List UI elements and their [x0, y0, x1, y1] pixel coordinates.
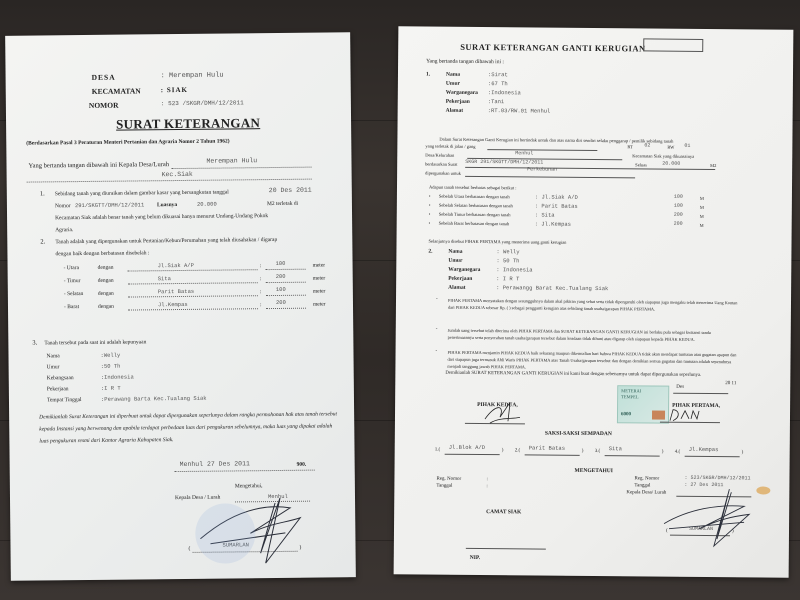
rt-value: 02 [644, 142, 650, 148]
nip-label: NIP. [470, 555, 480, 561]
lurah-signer-name: SUMARLAN [689, 526, 713, 532]
border-side: - Barat [64, 304, 79, 310]
border-length: 100 [674, 194, 683, 200]
owner-field-value: :Indonesia [101, 373, 134, 380]
stamp-value: 6000 [621, 412, 631, 417]
legal-basis: (Berdasarkan Pasal 3 Peraturan Menteri P… [26, 138, 229, 146]
lurah-reg-value: : 523/SKGR/DMH/12/2011 [684, 475, 750, 482]
owner-field-value: :Perawang Barta Kec.Tualang Siak [101, 395, 207, 403]
owner-field-value: :I R T [101, 385, 121, 392]
border-unit: M [700, 214, 704, 219]
intro-label: Yang bertanda tangan dibawah ini Kepala … [28, 161, 169, 169]
clause-bullet: - [436, 297, 438, 302]
border-side: - Timur [64, 278, 81, 284]
witness-value: Jl.Blok A/D [449, 444, 485, 451]
border-unit: meter [313, 262, 326, 268]
signature-paren-open: ( [189, 546, 191, 552]
border-length: 100 [276, 260, 286, 267]
border-bullet: • [429, 194, 431, 199]
party-1-field-label: Alamat [446, 108, 463, 114]
border-value: Parit Batas [158, 288, 194, 295]
border-with: dengan [98, 278, 114, 284]
usage-value: Perkebunan [527, 166, 557, 172]
kepala-desa-label: Kepala Desa / Lurah [175, 495, 220, 501]
revenue-stamp: METERAI TEMPEL 6000 [617, 385, 669, 423]
nomor-label: NOMOR [89, 101, 119, 110]
owner-field-value: :50 Th [101, 363, 121, 370]
witnesses-title: SAKSI-SAKSI SEMPADAN [545, 431, 612, 438]
surat-keterangan-document: DESA : Merempan Hulu KECAMATAN : SIAK NO… [5, 32, 356, 581]
party-2-field-value: : Indonesia [496, 266, 532, 273]
clause-bullet: - [436, 349, 438, 354]
usage-label: dipergunakan untuk [425, 171, 461, 176]
border-colon: : [260, 263, 262, 269]
clause-bullet: - [436, 327, 438, 332]
owner-field-label: Pekerjaan [47, 386, 69, 392]
item-3-text: Tanah tersebut pada saat ini adalah kepu… [44, 339, 146, 346]
rw-label: RW [667, 145, 674, 150]
party-2-field-label: Alamat [448, 285, 465, 291]
border-with: dengan [98, 291, 114, 297]
border-unit: meter [313, 275, 326, 281]
border-value: Sita [158, 275, 171, 282]
party-1-field-label: Warganegara [446, 90, 478, 96]
border-length: 200 [674, 221, 683, 227]
border-length: 200 [276, 299, 286, 306]
witness-value: Sita [609, 445, 622, 452]
rt-label: RT [627, 144, 633, 149]
party-1-field-label: Nama [446, 72, 460, 78]
owner-field-label: Tempat Tinggal [47, 397, 82, 403]
stamp-text: METERAI [621, 388, 641, 393]
item-1-nomor-label: Nomor [55, 203, 71, 209]
border-length: 200 [674, 212, 683, 218]
party-1-field-value: :RT.03/RW.01 Menhul [488, 107, 551, 115]
border-length: 100 [674, 203, 683, 209]
party-2-field-value: : Perawangg Barat Kec.Tualang Siak [496, 284, 608, 292]
lurah-tanggal-value: : 27 Des 2011 [684, 482, 723, 488]
clause-text: Jumlah uang tersebut telah diterima oleh… [448, 327, 738, 344]
surat-keterangan-ganti-kerugian-document: SURAT KETERANGAN GANTI KERUGIAN Yang ber… [394, 26, 794, 577]
item-1-luas-label: Luasnya [157, 202, 177, 208]
owner-field-value: :Welly [100, 352, 120, 359]
border-with: dengan [98, 265, 114, 271]
party-2-field-label: Nama [448, 249, 462, 255]
border-line [128, 276, 258, 284]
border-label: Sebelah Selatan berbatasan dengan tanah [439, 203, 513, 209]
party-2-field-value: : 50 Th [496, 257, 519, 264]
camat-reg-label: Reg. Nomor [436, 477, 461, 482]
stain-mark [756, 486, 770, 494]
border-line [128, 302, 258, 310]
border-value: : Jl.Kempas [535, 220, 571, 227]
party-1-number: 1. [426, 72, 430, 78]
border-unit: M [700, 196, 704, 201]
party-2-intro: Selanjutnya disebut PIHAK PERTAMA yang m… [429, 239, 567, 245]
border-bullet: • [429, 221, 431, 226]
witness-close: ) [582, 449, 584, 454]
border-value: : Parit Batas [535, 202, 578, 209]
item-1-text-d: Agraria. [55, 227, 73, 233]
border-length: 200 [276, 273, 286, 280]
signer-paren-close: ) [732, 529, 734, 534]
item-1-number: 1. [40, 190, 45, 197]
camat-reg-value: : [486, 477, 487, 482]
owner-field-label: Kebangsaan [47, 375, 74, 381]
location-label: yang terletak di jalan / gang [425, 144, 475, 149]
border-value: : Sita [535, 211, 555, 218]
border-colon: : [260, 302, 262, 308]
item-2-number: 2. [40, 238, 45, 245]
signature-paren-close: ) [300, 545, 302, 551]
desa-value: : Merempan Hulu [161, 72, 224, 81]
kecamatan-label: Kecamatan Siak yang dikuasainya [632, 153, 694, 159]
border-unit: meter [313, 301, 326, 307]
item-1-location: M2 terletak di [267, 201, 298, 207]
party-1-field-value: :Indonesia [488, 89, 521, 96]
intro-text: Yang bertanda tangan dibawah ini : [426, 59, 504, 66]
kepala-desa-value: Menhul [268, 493, 288, 500]
border-length-line [266, 276, 306, 283]
intro-value-district: Kec.Siak [162, 171, 193, 178]
desa-label: Desa/Kelurahan [425, 153, 454, 158]
item-2-text: Tanah adalah yang dipergunakan untuk Per… [55, 237, 277, 245]
lurah-reg-label: Reg. Nomor [634, 476, 659, 481]
closing-paragraph: Demikianlah SURAT KETERANGAN GANTI KERUG… [445, 369, 735, 381]
clause-text: PIHAK PERTAMA menyatakan dengan sesunggu… [448, 297, 738, 314]
signer-paren-open: ( [666, 529, 668, 534]
closing-paragraph: Demikianlah Surat Keterangan ini diperbu… [39, 408, 339, 447]
camat-tanggal-label: Tanggal [436, 484, 452, 489]
border-value: Jl.Kempas [158, 301, 188, 308]
party-1-field-value: :Sirat [488, 71, 508, 78]
border-unit: M [700, 205, 704, 210]
rw-value: 01 [684, 143, 690, 149]
party-2-field-label: Umur [448, 258, 462, 264]
nomor-value: : 523 /SKGR/DMH/12/2011 [161, 99, 244, 107]
item-1-text-c: Kecamatan Siak adalah benar tanah yang b… [55, 213, 268, 221]
item-1-text: Sebidang tanah yang diuraikan dalam gamb… [55, 189, 229, 197]
desa-value: Menhul [515, 150, 533, 156]
date-year: 20 11 [725, 381, 736, 386]
item-1-date: 20 Des 2011 [269, 187, 312, 194]
reference-box [643, 38, 703, 52]
party-2-field-value: : Welly [496, 248, 519, 255]
border-label: Sebelah Utara berbatasan dengan tanah [439, 194, 510, 200]
kecamatan-value: : SIAK [161, 86, 188, 94]
border-length-line [266, 302, 306, 309]
witness-close: ) [662, 450, 664, 455]
party-2-number: 2. [428, 249, 432, 255]
desa-label: DESA [92, 73, 116, 82]
witness-number: 3.( [595, 449, 600, 454]
camat-label: CAMAT SIAK [486, 509, 521, 515]
stamp-seal [652, 411, 665, 420]
border-bullet: • [429, 203, 431, 208]
border-value: : Jl.Siak A/D [535, 193, 578, 200]
party-2-field-label: Pekerjaan [448, 276, 472, 282]
witness-number: 1.( [435, 448, 440, 453]
item-1-luas-value: 20.000 [197, 201, 217, 208]
border-label: Sebelah Timur berbatasan dengan tanah [439, 212, 511, 218]
witness-value: Jl.Kempas [689, 446, 719, 453]
border-unit: M [700, 223, 704, 228]
document-title: SURAT KETERANGAN GANTI KERUGIAN [460, 42, 646, 54]
border-length: 100 [276, 286, 286, 293]
border-bullet: • [429, 212, 431, 217]
stamp-text: TEMPEL [621, 394, 639, 399]
owner-field-label: Umur [47, 364, 60, 370]
camat-tanggal-value: : [486, 484, 487, 489]
party-2-field-label: Warganegara [448, 267, 480, 273]
border-side: - Selatan [64, 291, 83, 297]
border-colon: : [260, 276, 262, 282]
border-length-line [266, 289, 306, 296]
item-2-text-b: dengan baik dengan berbatasan disebelah … [55, 250, 149, 257]
border-value: Jl.Siak A/P [158, 262, 194, 269]
witness-number: 4.( [675, 450, 680, 455]
border-unit: meter [313, 288, 326, 294]
document-title: SURAT KETERANGAN [116, 115, 260, 133]
lurah-kepala-label: Kepala Desa/ Lurah [626, 490, 666, 495]
pihak-kedua-label: PIHAK KEDUA, [477, 402, 518, 408]
border-with: dengan [98, 304, 114, 310]
borders-intro: Adapun tanah tersebut berbatas sebagai b… [429, 185, 517, 191]
kecamatan-label: KECAMATAN [92, 86, 141, 96]
intro-value-village: Merempan Hulu [206, 157, 257, 165]
mengetahui-label: Mengetahui, [235, 483, 263, 489]
border-label: Sebelah Barat berbatasan dengan tanah [439, 221, 510, 227]
item-1-nomor-value: 291/SKGTT/DMH/12/2011 [75, 201, 144, 209]
mengetahui-label: MENGETAHUI [574, 468, 612, 474]
party-1-field-label: Umur [446, 81, 460, 87]
border-length-line [266, 263, 306, 270]
owner-field-label: Nama [46, 353, 59, 359]
party-1-field-value: :Tani [488, 98, 505, 105]
border-side: - Utara [64, 265, 79, 271]
witness-number: 2.( [515, 448, 520, 453]
lurah-tanggal-label: Tanggal [634, 483, 650, 488]
witness-close: ) [742, 450, 744, 455]
stamp-mark [195, 503, 256, 564]
witness-value: Parit Batas [529, 444, 565, 451]
witness-close: ) [502, 448, 504, 453]
border-colon: : [260, 289, 262, 295]
based-label: berdasarkan Surat [425, 162, 457, 167]
item-3-number: 3. [32, 340, 37, 347]
party-1-field-label: Pekerjaan [446, 99, 470, 105]
pihak-pertama-label: PIHAK PERTAMA, [672, 403, 720, 409]
party-2-field-value: : I R T [496, 275, 519, 282]
party-1-field-value: :67 Th [488, 80, 508, 87]
